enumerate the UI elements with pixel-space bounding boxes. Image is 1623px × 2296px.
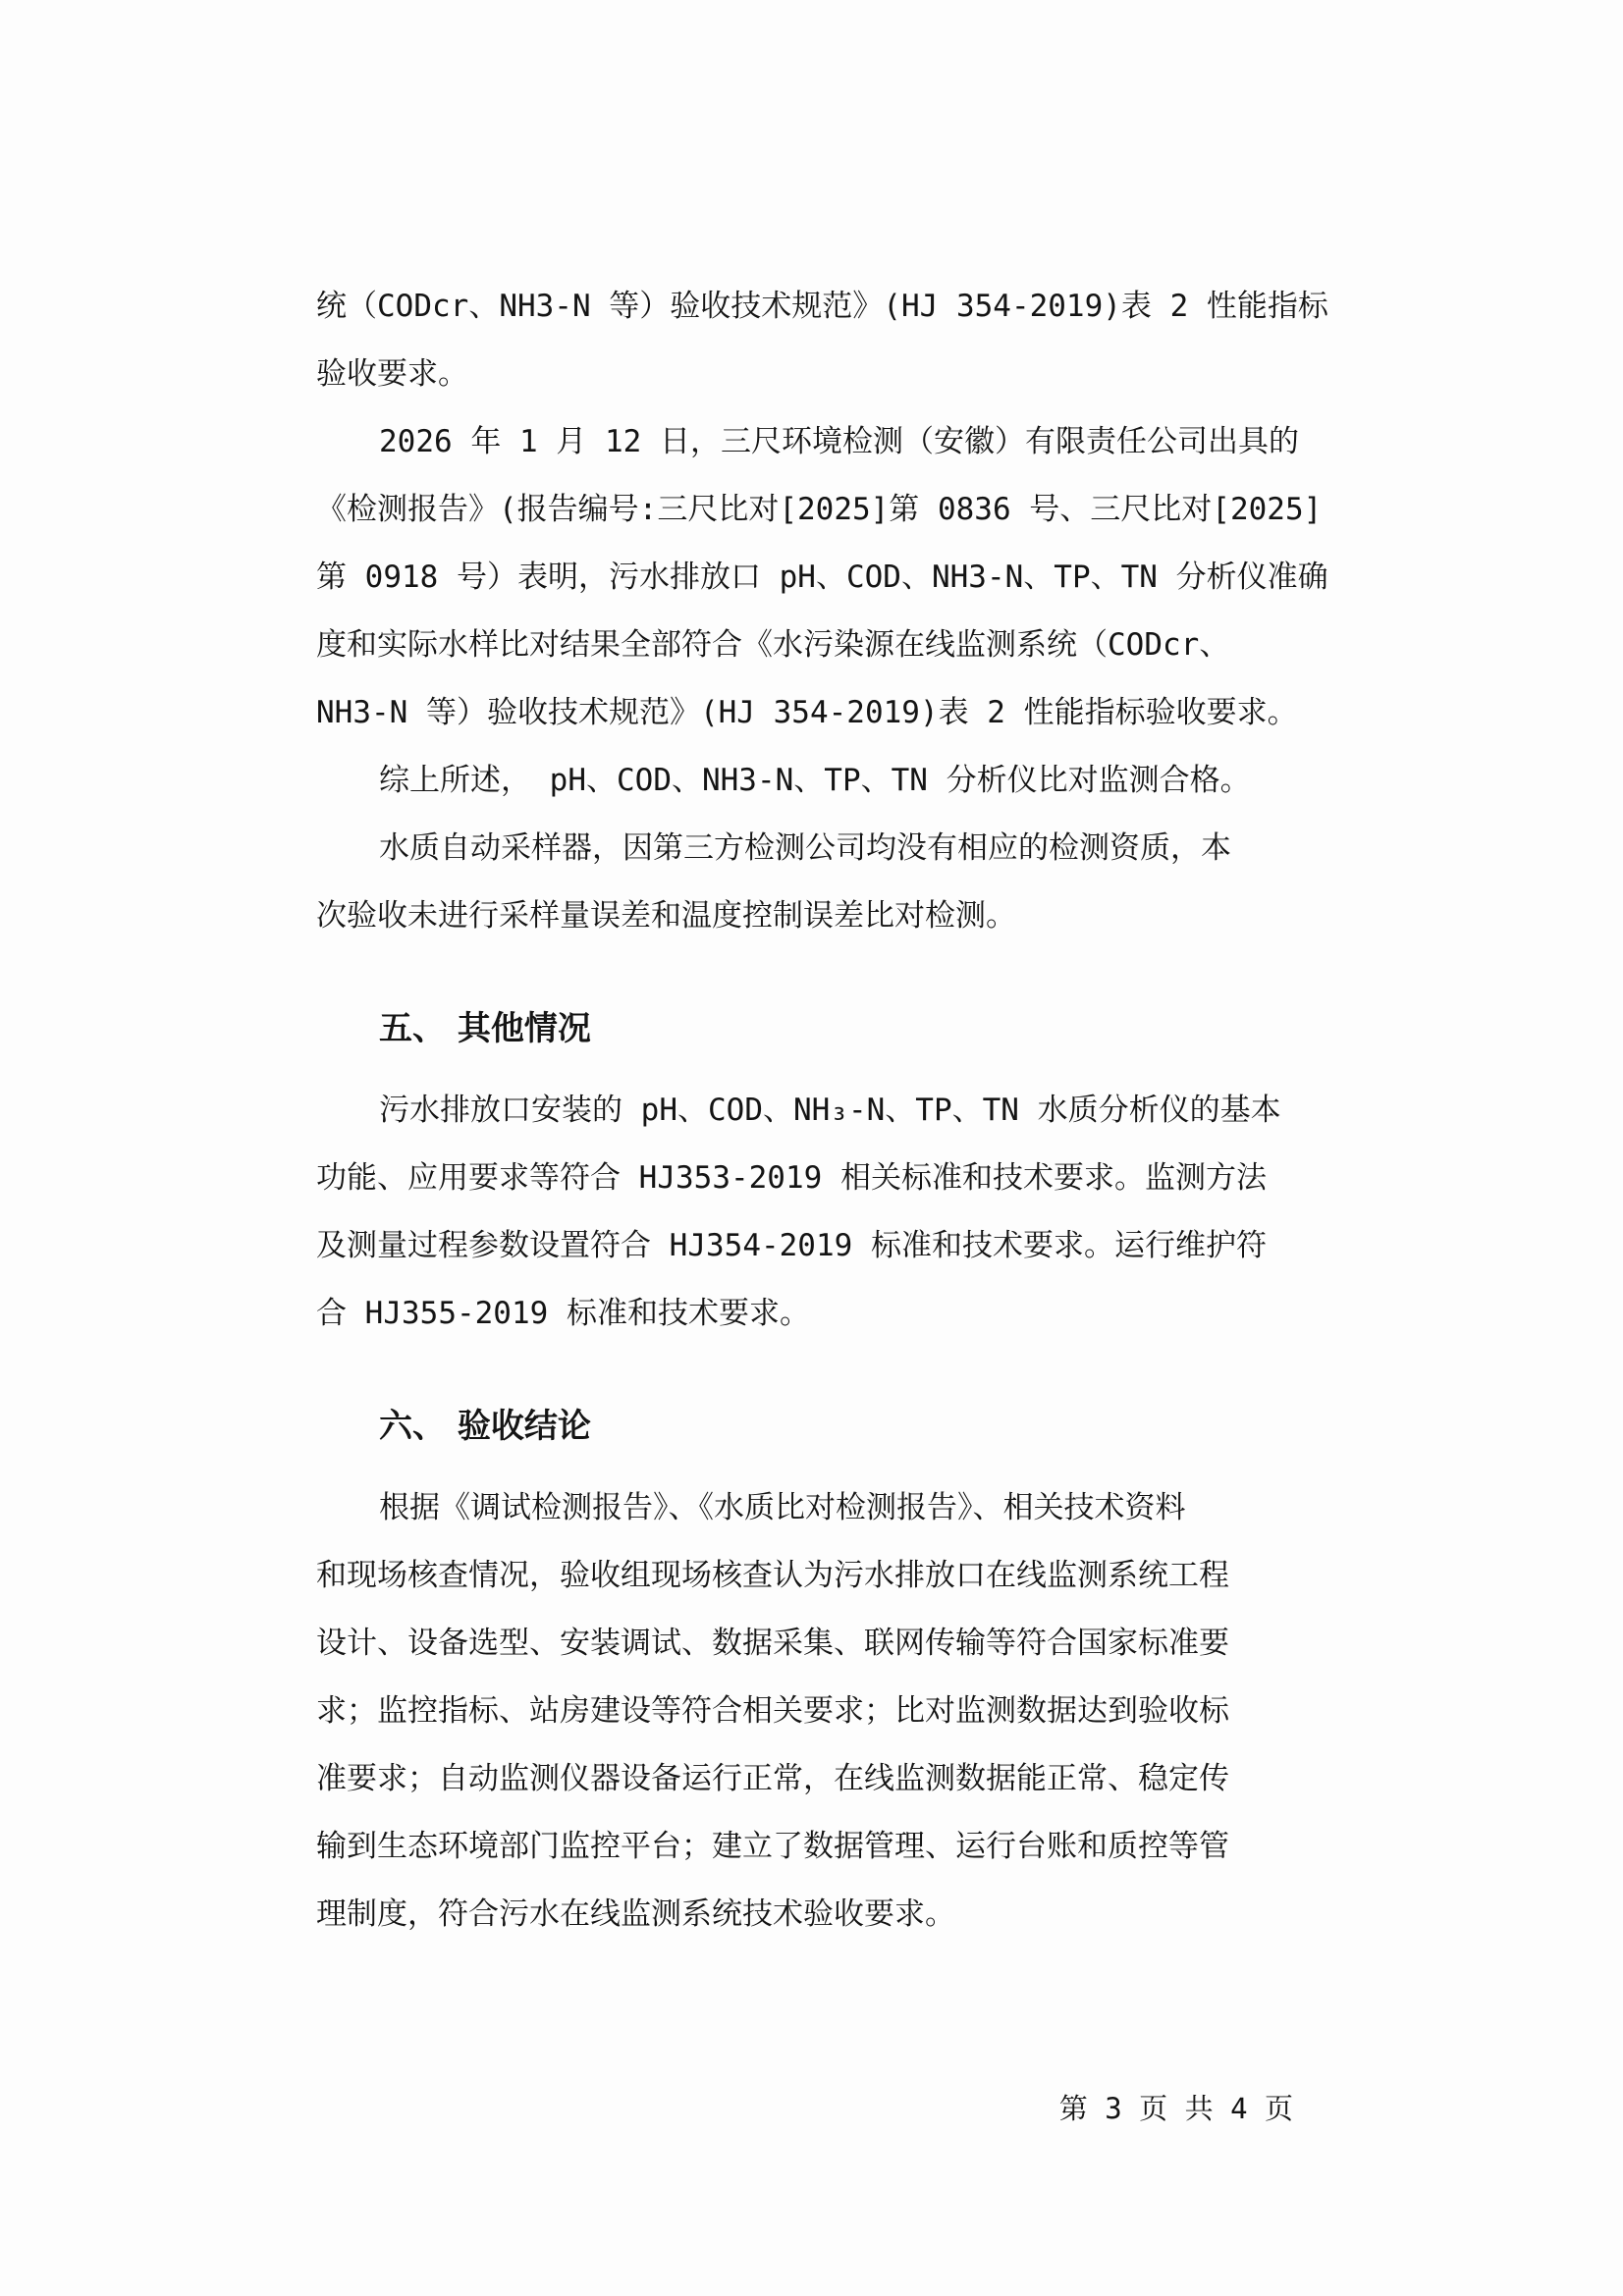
section-heading-acceptance-conclusion: 六、 验收结论 <box>316 1393 1357 1461</box>
body-text-line: 综上所述， pH、COD、NH3-N、TP、TN 分析仪比对监测合格。 <box>316 747 1357 815</box>
document-body: 统（CODcr、NH3-N 等）验收技术规范》(HJ 354-2019)表 2 … <box>316 273 1357 1949</box>
body-text-line: 验收要求。 <box>316 341 1357 408</box>
body-text-line: 污水排放口安装的 pH、COD、NH₃-N、TP、TN 水质分析仪的基本 <box>316 1077 1357 1145</box>
body-text-line: 及测量过程参数设置符合 HJ354-2019 标准和技术要求。运行维护符 <box>316 1212 1357 1280</box>
body-text-line: 理制度，符合污水在线监测系统技术验收要求。 <box>316 1881 1357 1949</box>
body-text-line: 水质自动采样器，因第三方检测公司均没有相应的检测资质，本 <box>316 815 1357 882</box>
body-text-line: 求；监控指标、站房建设等符合相关要求；比对监测数据达到验收标 <box>316 1678 1357 1745</box>
body-text-line: 根据《调试检测报告》、《水质比对检测报告》、相关技术资料 <box>316 1474 1357 1542</box>
body-text-line: 次验收未进行采样量误差和温度控制误差比对检测。 <box>316 882 1357 950</box>
section-heading-other-info: 五、 其他情况 <box>316 995 1357 1063</box>
body-text-line: 2026 年 1 月 12 日，三尺环境检测（安徽）有限责任公司出具的 <box>316 408 1357 476</box>
body-text-line: 第 0918 号）表明，污水排放口 pH、COD、NH3-N、TP、TN 分析仪… <box>316 544 1357 612</box>
body-text-line: 输到生态环境部门监控平台；建立了数据管理、运行台账和质控等管 <box>316 1813 1357 1881</box>
body-text-line: NH3-N 等）验收技术规范》(HJ 354-2019)表 2 性能指标验收要求… <box>316 679 1357 747</box>
body-text-line: 设计、设备选型、安装调试、数据采集、联网传输等符合国家标准要 <box>316 1610 1357 1678</box>
body-text-line: 功能、应用要求等符合 HJ353-2019 相关标准和技术要求。监测方法 <box>316 1145 1357 1212</box>
page-number: 第 3 页 共 4 页 <box>1059 2089 1293 2128</box>
body-text-line: 准要求；自动监测仪器设备运行正常，在线监测数据能正常、稳定传 <box>316 1745 1357 1813</box>
body-text-line: 统（CODcr、NH3-N 等）验收技术规范》(HJ 354-2019)表 2 … <box>316 273 1357 341</box>
document-page: 统（CODcr、NH3-N 等）验收技术规范》(HJ 354-2019)表 2 … <box>0 0 1623 2296</box>
body-text-line: 度和实际水样比对结果全部符合《水污染源在线监测系统（CODcr、 <box>316 612 1357 679</box>
body-text-line: 合 HJ355-2019 标准和技术要求。 <box>316 1280 1357 1348</box>
body-text-line: 《检测报告》(报告编号:三尺比对[2025]第 0836 号、三尺比对[2025… <box>316 476 1357 544</box>
body-text-line: 和现场核查情况，验收组现场核查认为污水排放口在线监测系统工程 <box>316 1542 1357 1610</box>
